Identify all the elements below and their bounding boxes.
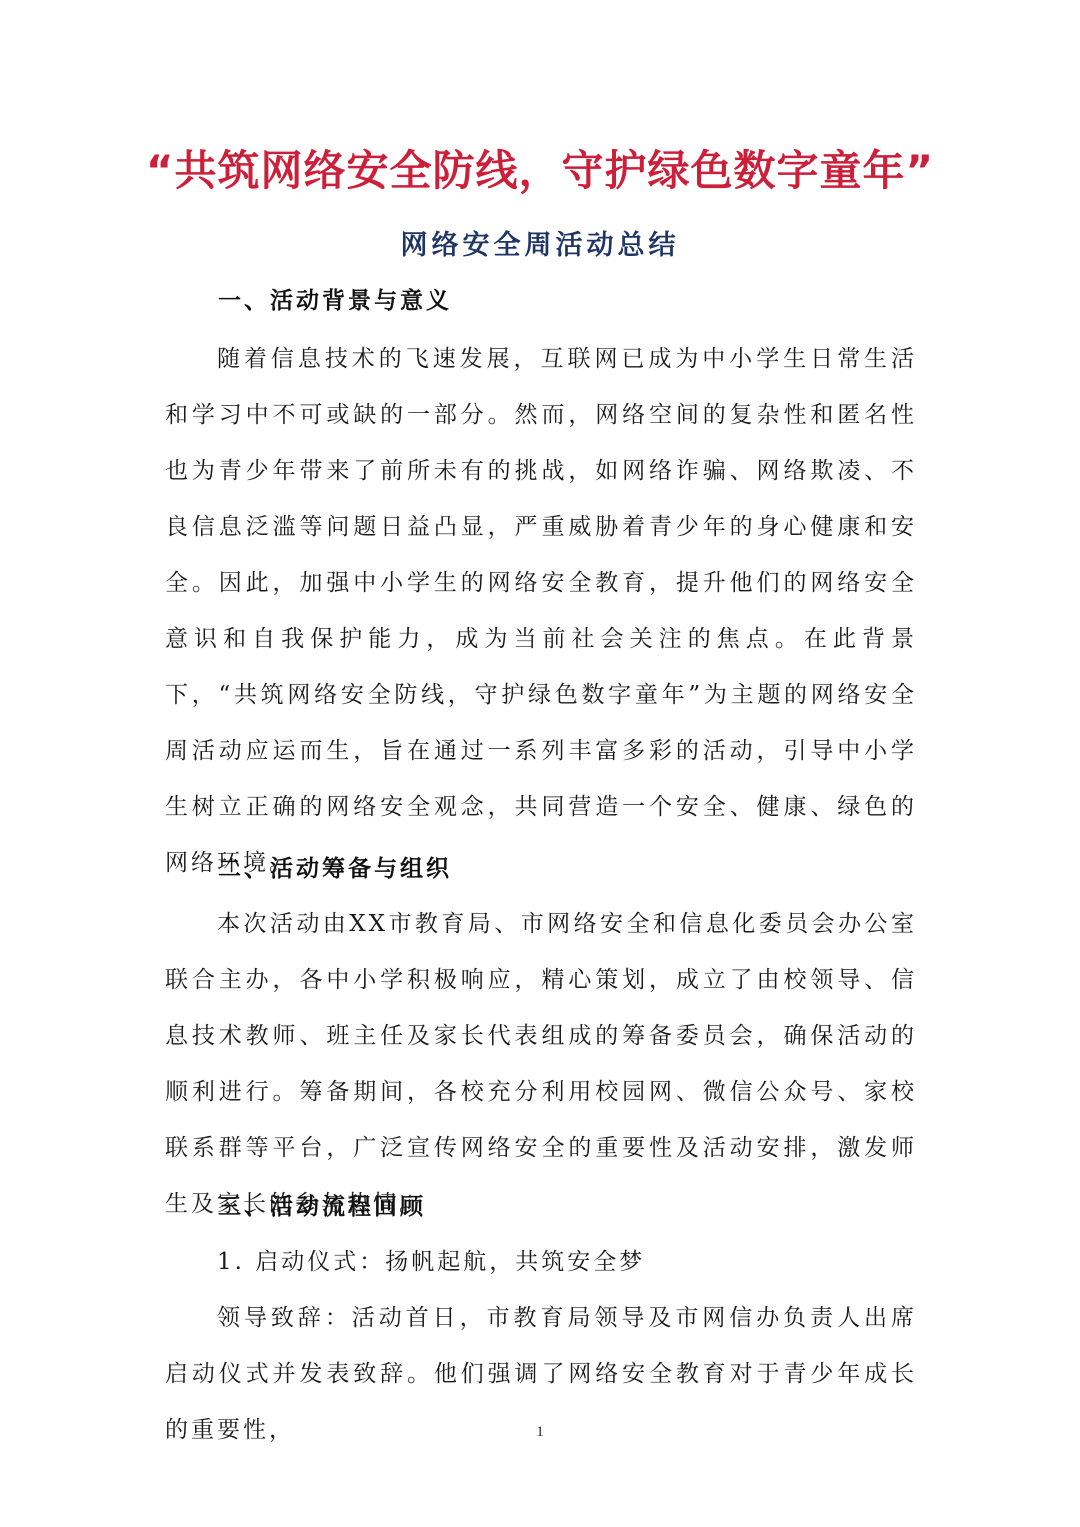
document-subtitle: 网络安全周活动总结 [0, 226, 1080, 266]
document-page: “共筑网络安全防线，守护绿色数字童年” 网络安全周活动总结 一、活动背景与意义 … [0, 0, 1080, 1527]
page-number: 1 [0, 1424, 1080, 1441]
subheading-launch-ceremony: 1. 启动仪式：扬帆起航，共筑安全梦 [165, 1234, 917, 1290]
section-heading-process-review: 三、活动流程回顾 [218, 1187, 426, 1227]
paragraph-background: 随着信息技术的飞速发展，互联网已成为中小学生日常生活和学习中不可或缺的一部分。然… [165, 331, 917, 891]
section-heading-background: 一、活动背景与意义 [218, 281, 452, 321]
document-title: “共筑网络安全防线，守护绿色数字童年” [0, 143, 1080, 199]
paragraph-preparation: 本次活动由XX市教育局、市网络安全和信息化委员会办公室联合主办，各中小学积极响应… [165, 896, 917, 1232]
section-heading-preparation: 二、活动筹备与组织 [218, 849, 452, 889]
